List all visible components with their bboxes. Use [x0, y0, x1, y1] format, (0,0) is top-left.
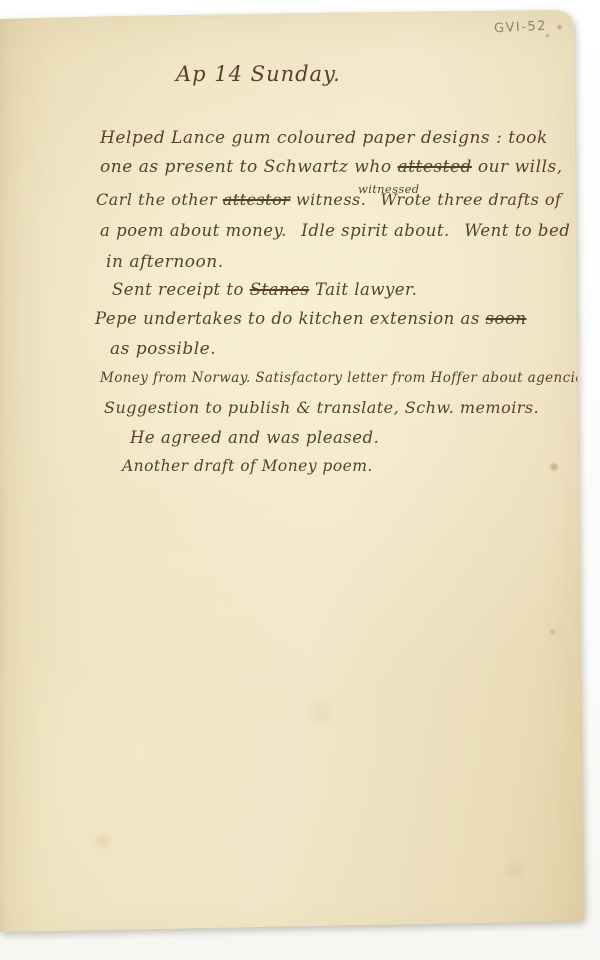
handwriting-segment: witness. Wrote three drafts of: [290, 190, 561, 209]
handwriting-line: Suggestion to publish & translate, Schw.…: [104, 398, 539, 417]
handwriting-segment: Pepe undertakes to do kitchen extension …: [95, 309, 486, 328]
paper-shadow-wrapper: GVI-52 Ap 14 Sunday. Helped Lance gum co…: [0, 0, 600, 960]
handwriting-line: Another draft of Money poem.: [122, 457, 373, 475]
manuscript-paper: GVI-52 Ap 14 Sunday. Helped Lance gum co…: [0, 0, 600, 960]
handwriting-line: Carl the other attestor witness. Wrote t…: [96, 190, 561, 209]
handwriting-segment: one as present to Schwartz who: [100, 157, 398, 177]
handwriting-segment: in afternoon.: [106, 252, 224, 272]
handwriting-line: a poem about money. Idle spirit about. W…: [100, 221, 570, 240]
handwriting-segment: Another draft of Money poem.: [122, 457, 373, 475]
handwriting-line: Money from Norway. Satisfactory letter f…: [100, 370, 596, 386]
struck-out-word: soon: [486, 309, 527, 328]
handwriting-segment: Suggestion to publish & translate, Schw.…: [104, 398, 539, 417]
handwriting-segment: Carl the other: [96, 190, 223, 209]
handwriting-segment: Sent receipt to: [112, 280, 250, 299]
struck-out-word: Stanes: [250, 280, 310, 299]
handwriting-segment: our wills,: [472, 157, 563, 177]
handwriting-segment: as possible.: [110, 339, 216, 359]
handwriting-segment: He agreed and was pleased.: [130, 428, 379, 447]
handwriting-line: Pepe undertakes to do kitchen extension …: [95, 309, 527, 328]
diary-date-heading: Ap 14 Sunday.: [176, 62, 341, 86]
handwriting-line: one as present to Schwartz who attested …: [100, 157, 563, 177]
handwriting-line: Helped Lance gum coloured paper designs …: [100, 128, 548, 148]
handwriting-segment: Tait lawyer.: [309, 280, 417, 299]
handwriting-line: Sent receipt to Stanes Tait lawyer.: [112, 280, 417, 299]
struck-out-word: attestor: [223, 190, 291, 209]
handwriting-segment: Helped Lance gum coloured paper designs …: [100, 128, 548, 148]
handwriting-segment: Money from Norway. Satisfactory letter f…: [100, 370, 596, 386]
archival-reference-mark: GVI-52: [494, 19, 548, 37]
handwriting-line: He agreed and was pleased.: [130, 428, 379, 447]
handwriting-line: in afternoon.: [106, 252, 224, 272]
struck-out-word: attested: [398, 157, 472, 177]
handwriting-line: as possible.: [110, 339, 216, 359]
handwriting-segment: a poem about money. Idle spirit about. W…: [100, 221, 570, 240]
